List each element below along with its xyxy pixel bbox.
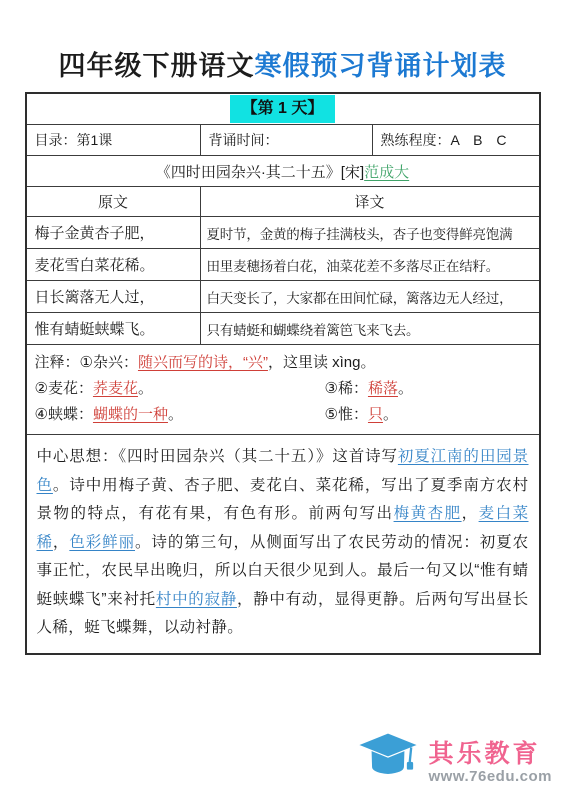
column-header-row: 原文 译文 — [27, 186, 539, 216]
proficiency-cell: 熟练程度：A B C — [372, 125, 539, 155]
study-plan-table: 【第 1 天】 目录：第1课 背诵时间： 熟练程度：A B C 《四时田园杂兴·… — [25, 92, 541, 655]
site-logo: 其乐教育 www.76edu.com — [357, 731, 552, 794]
catalog-cell: 目录：第1课 — [27, 125, 200, 155]
poem-translation: 夏时节，金黄的梅子挂满枝头，杏子也变得鲜亮饱满 — [200, 217, 539, 248]
annotation-line: ②麦花：荞麦花。 ③稀：稀落。 — [35, 376, 531, 402]
table-row: 麦花雪白菜花稀。 田里麦穗扬着白花，油菜花差不多落尽正在结籽。 — [27, 248, 539, 280]
recite-time-cell: 背诵时间： — [200, 125, 372, 155]
page-title-plan: 寒假预习背诵计划表 — [255, 51, 507, 81]
poem-line: 惟有蜻蜓蛱蝶飞。 — [27, 313, 200, 344]
poem-translation: 白天变长了，大家都在田间忙碌，篱落边无人经过， — [200, 281, 539, 312]
poem-translation: 田里麦穗扬着白花，油菜花差不多落尽正在结籽。 — [200, 249, 539, 280]
poem-title-row: 《四时田园杂兴·其二十五》[宋]范成大 — [27, 155, 539, 186]
annotation-5: ⑤惟：只。 — [325, 402, 398, 428]
poem-line: 日长篱落无人过， — [27, 281, 200, 312]
graduation-cap-icon — [357, 731, 419, 794]
table-row: 惟有蜻蜓蛱蝶飞。 只有蜻蜓和蝴蝶绕着篱笆飞来飞去。 — [27, 312, 539, 344]
day-header-row: 【第 1 天】 — [27, 94, 539, 124]
annotation-4: ④蛱蝶：蝴蝶的一种。 — [35, 402, 325, 428]
logo-website-url: www.76edu.com — [429, 768, 552, 785]
annotation-line: 注释：①杂兴：随兴而写的诗，“兴”，这里读 xìng。 — [35, 350, 531, 376]
poem-title: 《四时田园杂兴·其二十五》[宋]范成大 — [156, 161, 409, 182]
page-title: 四年级下册语文寒假预习背诵计划表 — [0, 0, 565, 83]
annotation-3: ③稀：稀落。 — [325, 376, 413, 402]
poem-line: 麦花雪白菜花稀。 — [27, 249, 200, 280]
annotations-section: 注释：①杂兴：随兴而写的诗，“兴”，这里读 xìng。 ②麦花：荞麦花。 ③稀：… — [27, 344, 539, 434]
central-idea-text: 中心思想：《四时田园杂兴（其二十五）》这首诗写初夏江南的田园景色。诗中用梅子黄、… — [37, 448, 529, 636]
poem-translation: 只有蜻蜓和蝴蝶绕着篱笆飞来飞去。 — [200, 313, 539, 344]
original-column-header: 原文 — [27, 187, 200, 216]
table-row: 梅子金黄杏子肥， 夏时节，金黄的梅子挂满枝头，杏子也变得鲜亮饱满 — [27, 216, 539, 248]
info-row: 目录：第1课 背诵时间： 熟练程度：A B C — [27, 124, 539, 155]
poem-line: 梅子金黄杏子肥， — [27, 217, 200, 248]
day-badge: 【第 1 天】 — [230, 95, 336, 123]
annotation-2: ②麦花：荞麦花。 — [35, 376, 325, 402]
logo-text: 其乐教育 www.76edu.com — [429, 740, 552, 785]
annotation-line: ④蛱蝶：蝴蝶的一种。 ⑤惟：只。 — [35, 402, 531, 428]
table-row: 日长篱落无人过， 白天变长了，大家都在田间忙碌，篱落边无人经过， — [27, 280, 539, 312]
central-idea-section: 中心思想：《四时田园杂兴（其二十五）》这首诗写初夏江南的田园景色。诗中用梅子黄、… — [27, 434, 539, 653]
annotation-1: 注释：①杂兴：随兴而写的诗，“兴”，这里读 xìng。 — [35, 350, 376, 376]
translation-column-header: 译文 — [200, 187, 539, 216]
logo-brand-name: 其乐教育 — [429, 740, 541, 768]
page-title-grade: 四年级下册语文 — [59, 51, 255, 81]
